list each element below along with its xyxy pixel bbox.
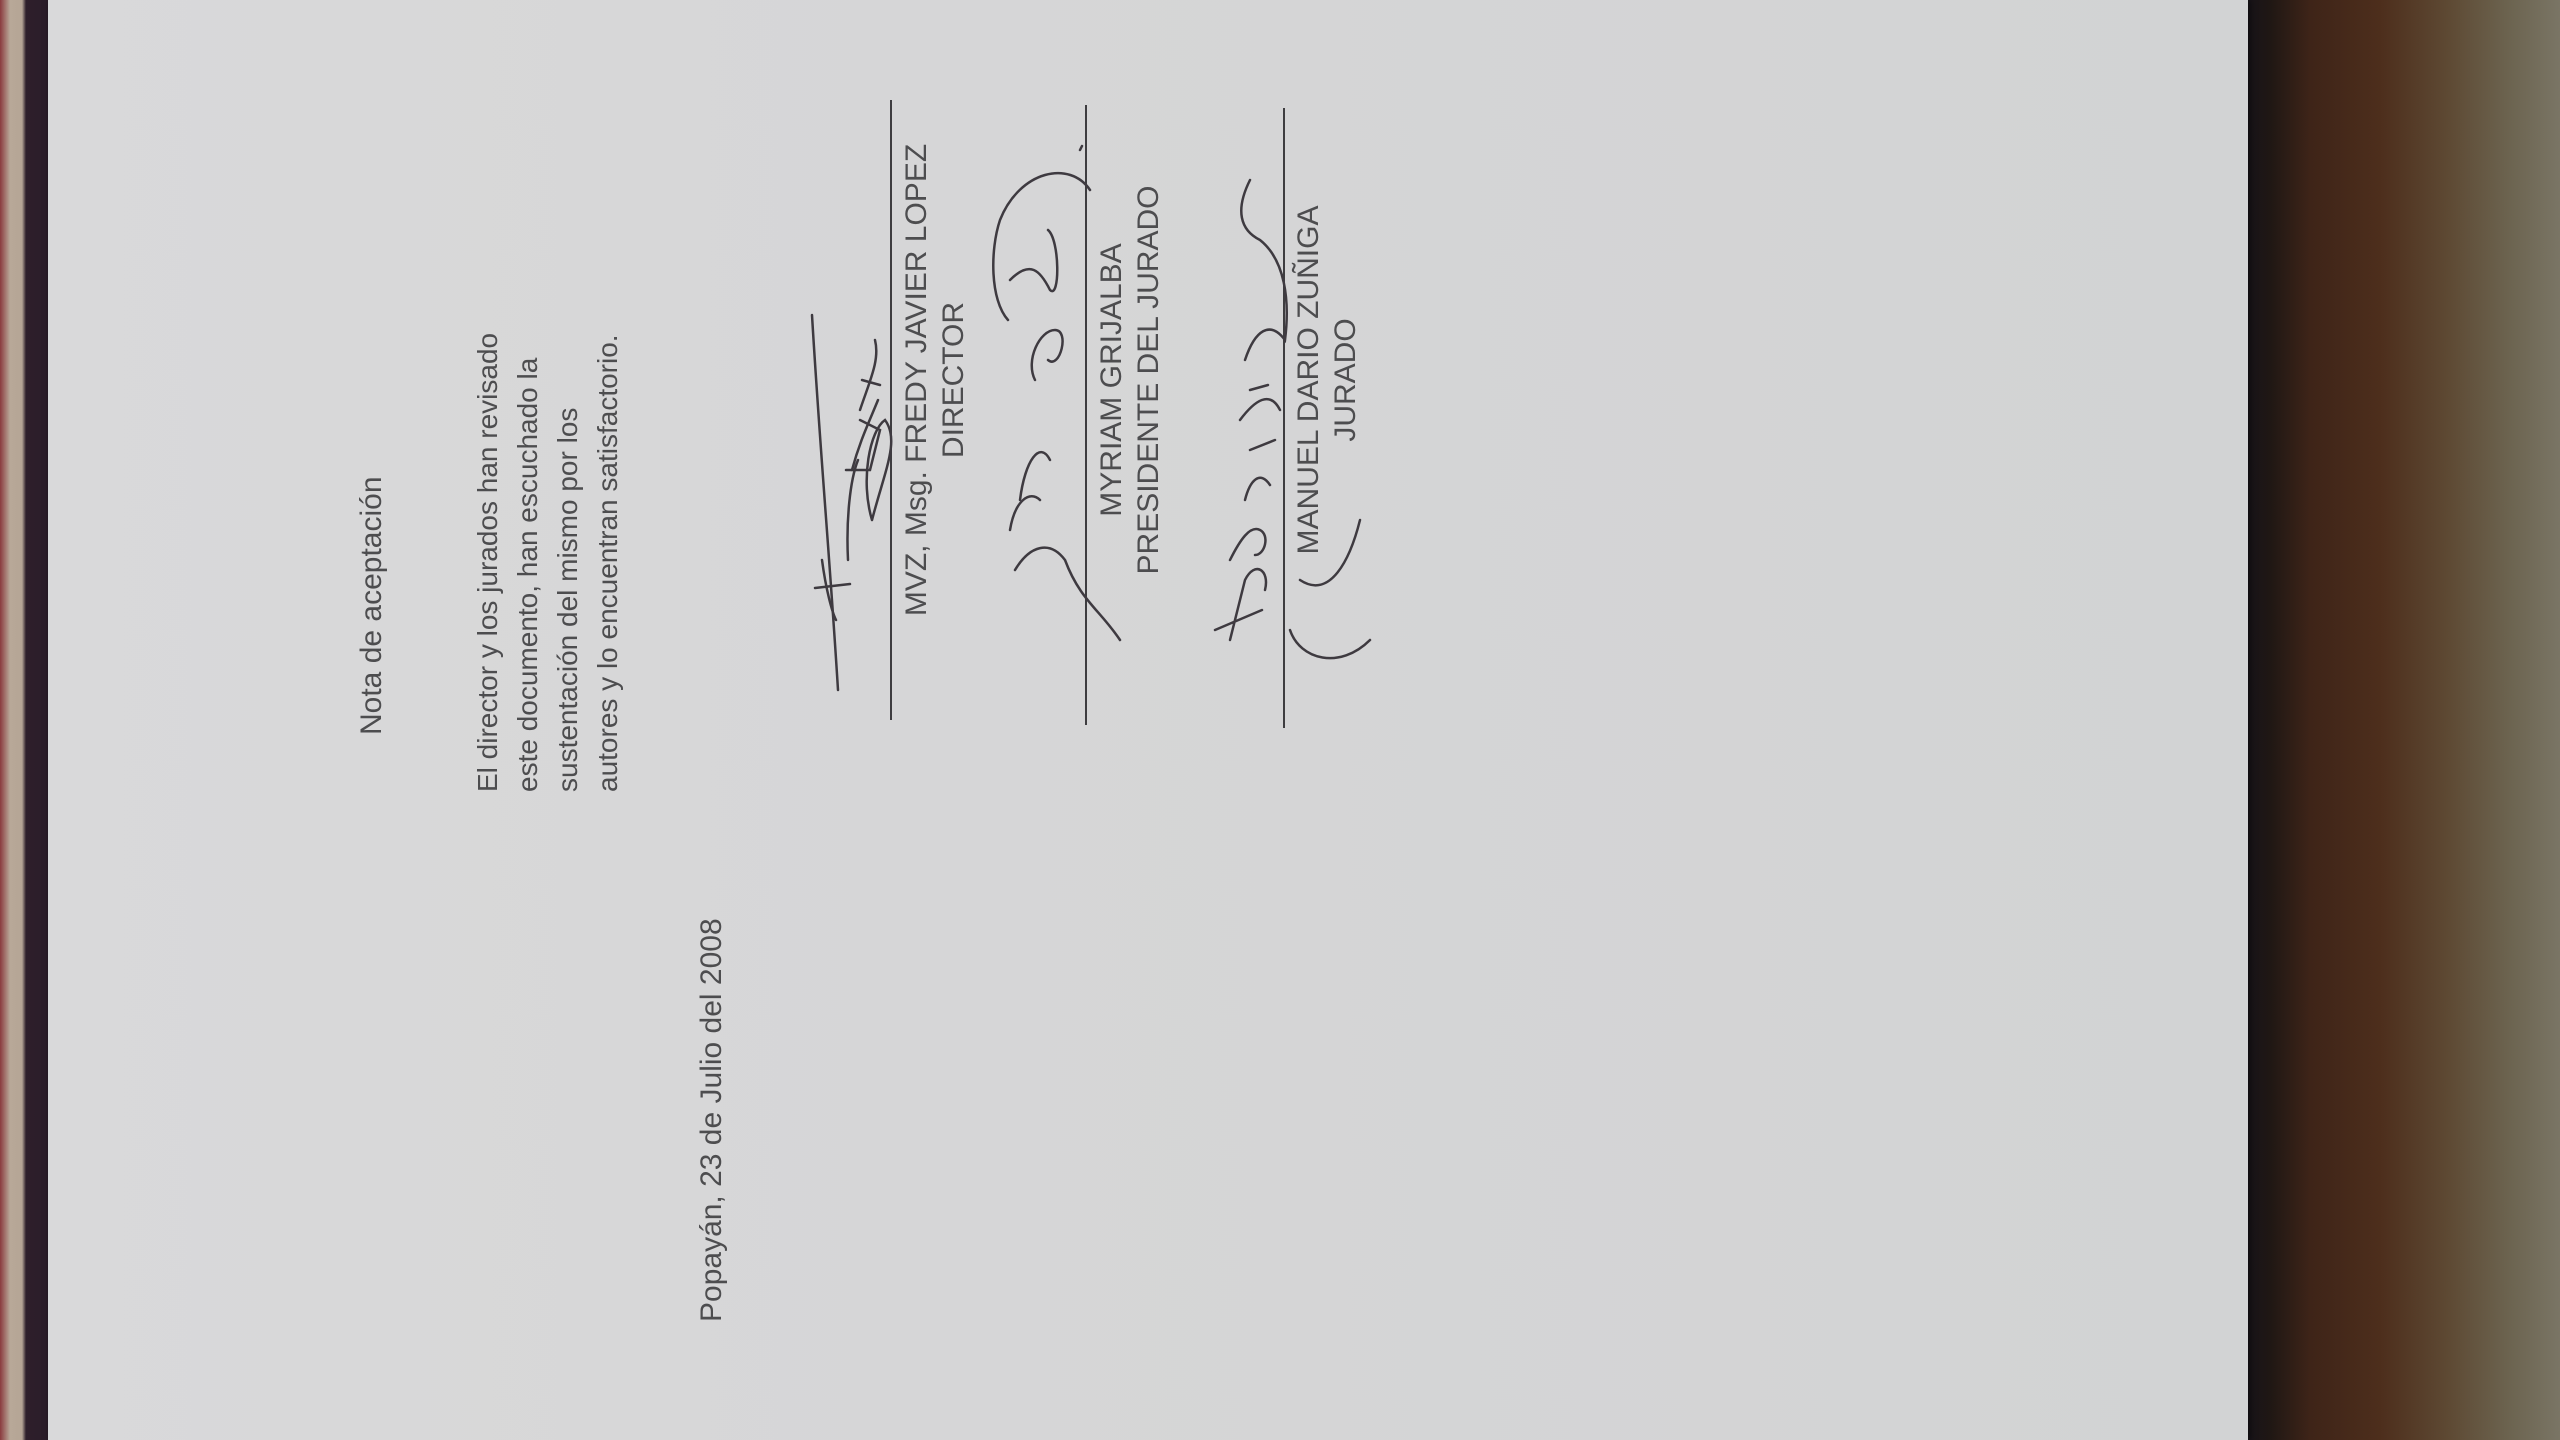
signature-president [1015, 548, 1120, 640]
signature-jurado [1215, 569, 1266, 640]
signature-director [812, 315, 838, 690]
place-and-date: Popayán, 23 de Julio del 2008 [695, 918, 729, 1322]
handwritten-signatures [0, 0, 2560, 1440]
